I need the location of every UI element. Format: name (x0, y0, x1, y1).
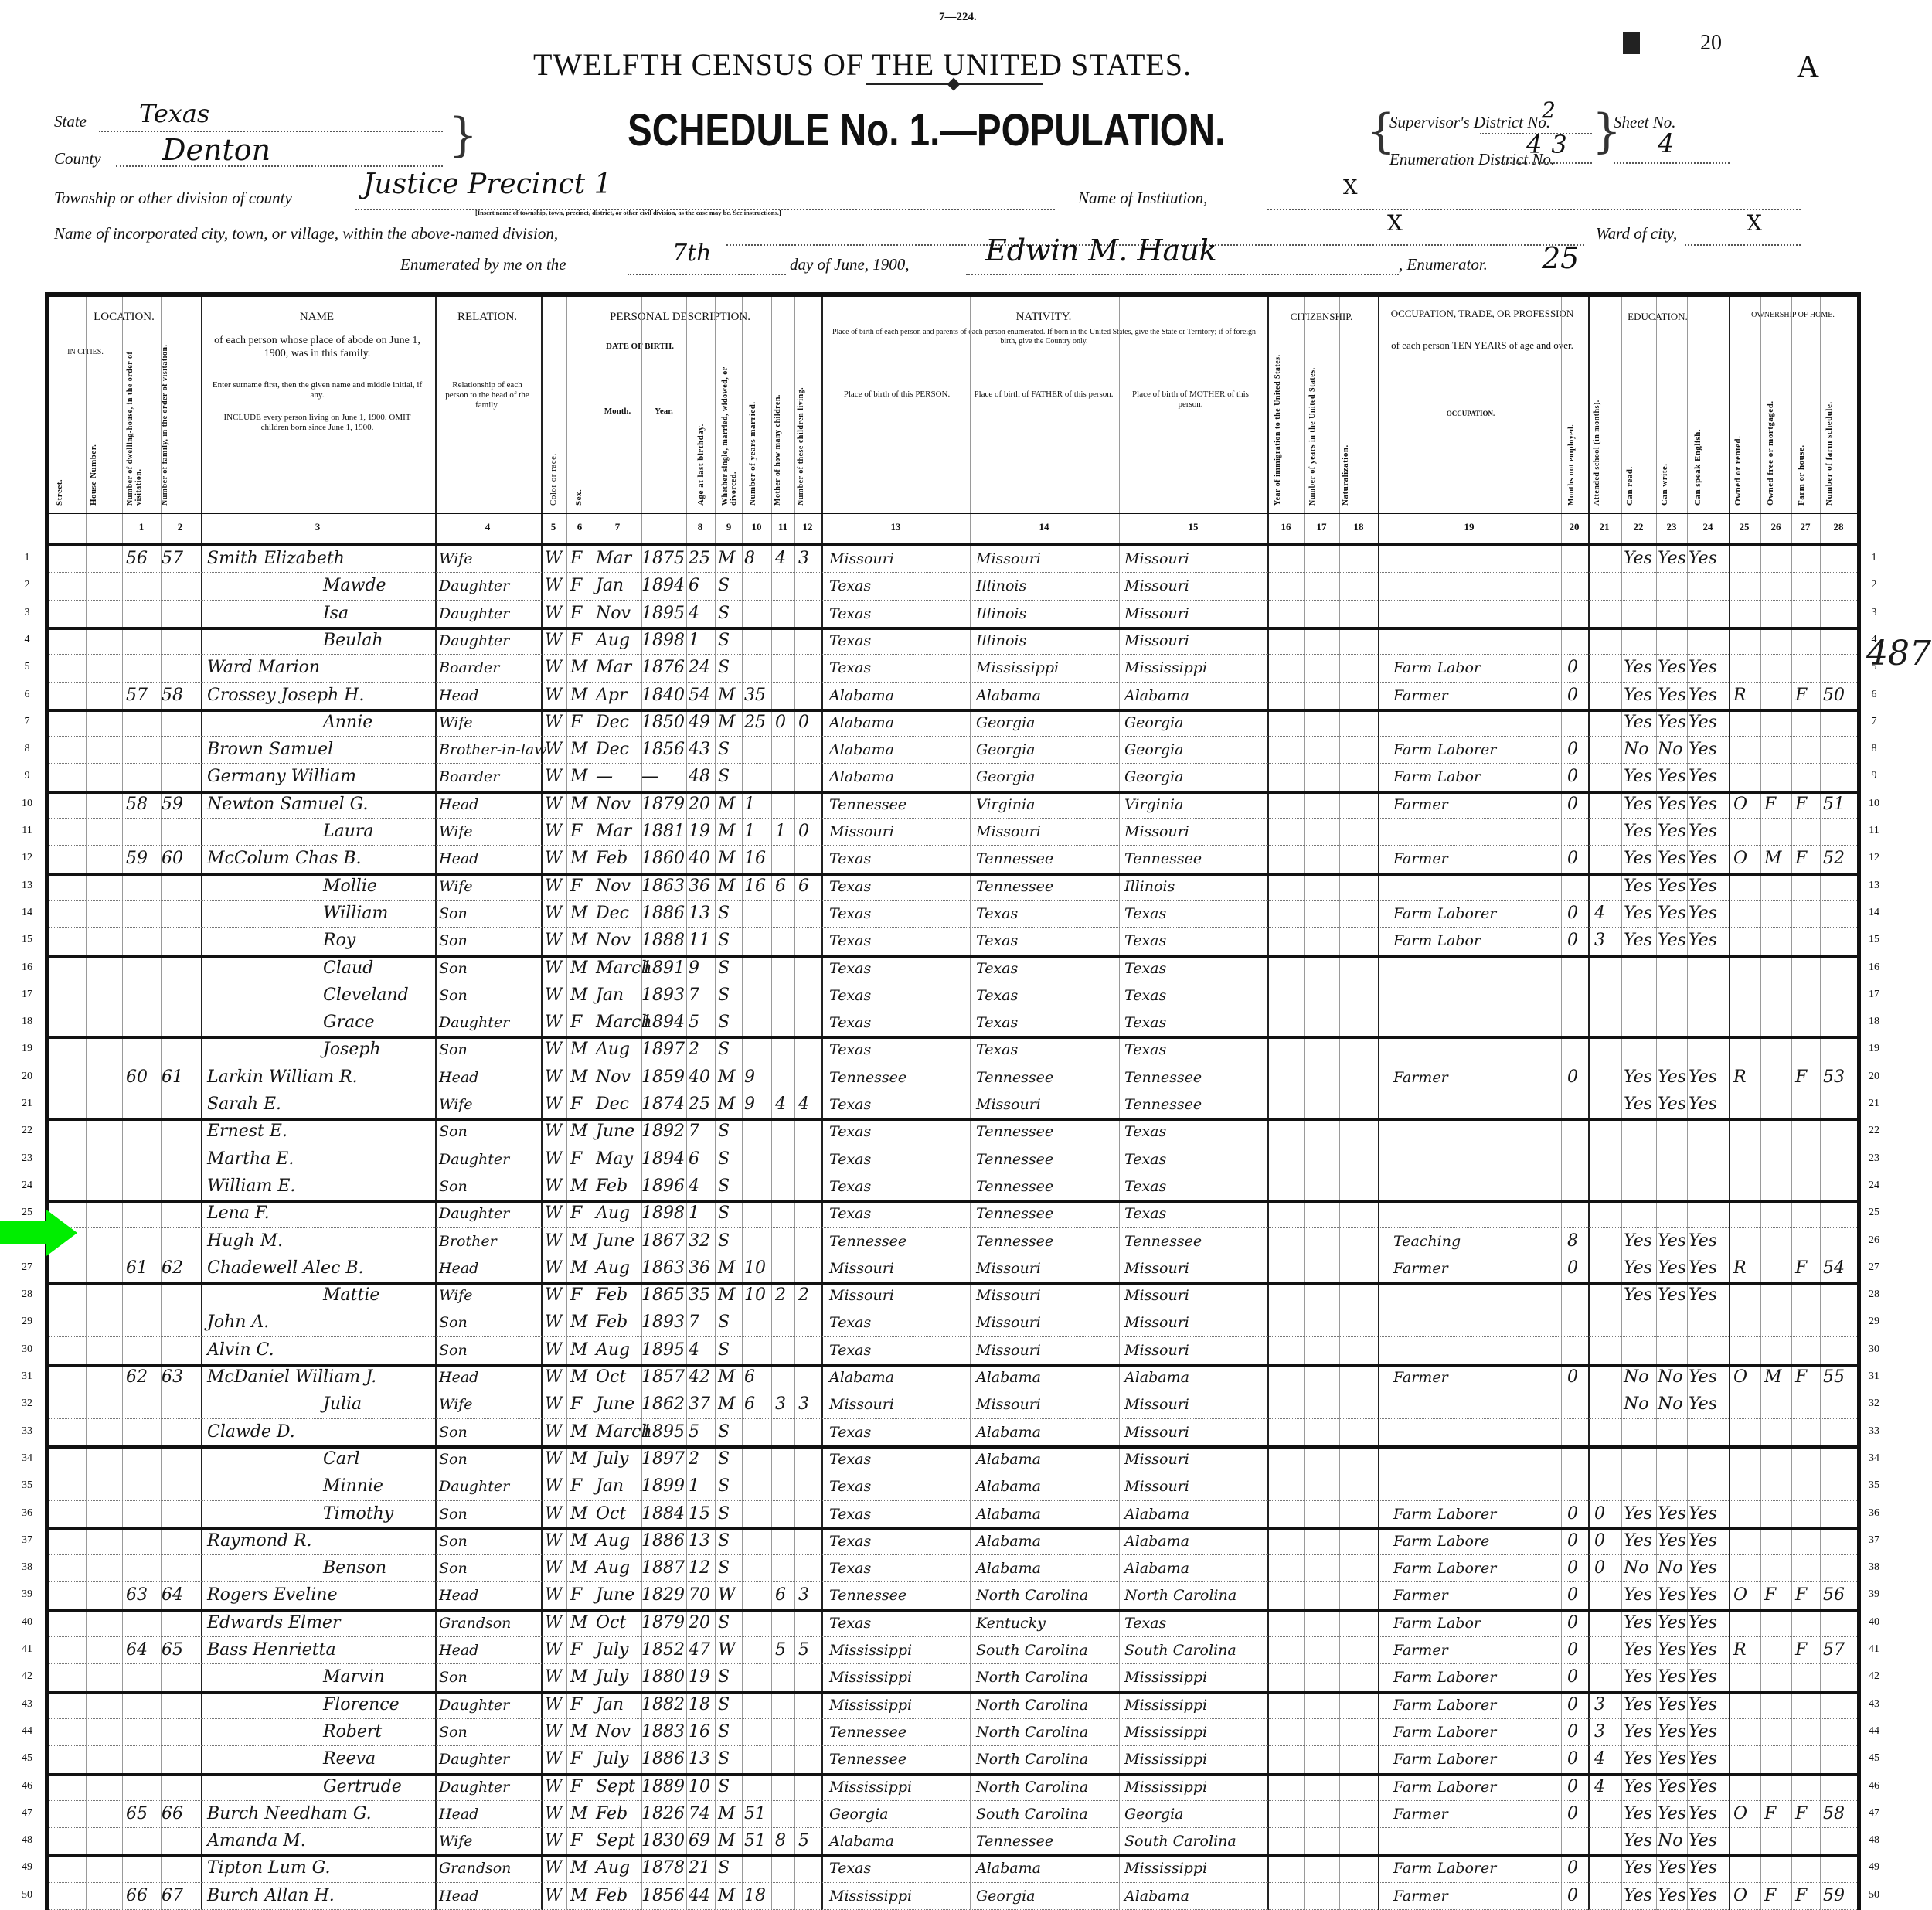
marital-status: S (718, 902, 730, 925)
dwelling-number: 64 (126, 1639, 148, 1662)
relation: Son (439, 1530, 468, 1553)
line-number: 41 (1862, 1643, 1886, 1656)
line-number: 21 (15, 1098, 39, 1110)
color: W (545, 1339, 563, 1362)
color: W (545, 820, 563, 843)
birth-month: Oct (596, 1612, 626, 1635)
can-read: Yes (1624, 1284, 1652, 1307)
header-month: Month. (594, 407, 641, 417)
line-number: 3 (1862, 607, 1886, 619)
birthplace-father: North Carolina (976, 1584, 1088, 1607)
sex: F (570, 1639, 582, 1662)
column-number: 24 (1699, 521, 1717, 533)
marital-status: M (718, 847, 736, 870)
age: 2 (689, 1038, 699, 1061)
stamp-mark-icon (1623, 32, 1640, 54)
birth-month: Nov (596, 875, 631, 898)
birthplace: Texas (829, 847, 871, 870)
age: 18 (689, 1694, 710, 1717)
occupation: Farm Labor (1393, 929, 1481, 952)
age: 1 (689, 1475, 699, 1498)
relation: Daughter (439, 1776, 509, 1799)
line-number: 4 (15, 634, 39, 646)
occupation: Farmer (1393, 684, 1448, 707)
years-married: 35 (744, 684, 766, 707)
birth-year: 1882 (641, 1694, 685, 1717)
line-number: 27 (15, 1261, 39, 1274)
table-row: BeulahDaughterWFAug18981STexasIllinoisMi… (49, 628, 1857, 655)
owned-rented: R (1733, 1257, 1747, 1280)
person-name: McColum Chas B. (207, 847, 362, 870)
marital-status: M (718, 1830, 736, 1853)
birthplace-mother: Texas (1124, 1202, 1166, 1225)
farm-or-house: F (1795, 1584, 1807, 1607)
relation: Son (439, 984, 468, 1007)
relation: Son (439, 1421, 468, 1444)
mother-of: 2 (775, 1284, 786, 1307)
color: W (545, 1666, 563, 1689)
sex: M (570, 738, 588, 761)
months-unemployed: 0 (1567, 765, 1578, 788)
line-number: 10 (15, 798, 39, 810)
birthplace-mother: Texas (1124, 1148, 1166, 1171)
birthplace: Alabama (829, 1366, 894, 1389)
can-speak-english: Yes (1689, 1612, 1717, 1635)
table-row: John A.SonWMFeb18937STexasMissouriMissou… (49, 1309, 1857, 1336)
family-number: 64 (162, 1584, 183, 1607)
can-read: Yes (1624, 1857, 1652, 1880)
relation: Son (439, 1448, 468, 1471)
can-speak-english: Yes (1689, 1530, 1717, 1553)
birth-month: Aug (596, 629, 630, 652)
line-number: 18 (15, 1016, 39, 1028)
sex: F (570, 1475, 582, 1498)
marital-status: S (718, 984, 730, 1007)
color: W (545, 1311, 563, 1334)
relation: Son (439, 1311, 468, 1334)
marital-status: S (718, 656, 730, 679)
sex: M (570, 847, 588, 870)
years-married: 9 (744, 1093, 755, 1116)
column-number: 27 (1796, 521, 1815, 533)
can-speak-english: Yes (1689, 656, 1717, 679)
color: W (545, 1393, 563, 1416)
months-unemployed: 0 (1567, 1584, 1578, 1607)
birthplace-mother: Alabama (1124, 1884, 1189, 1908)
can-write: Yes (1658, 1093, 1686, 1116)
birthplace-mother: Georgia (1124, 738, 1184, 761)
owned-rented: O (1733, 847, 1747, 870)
header-year: Year. (641, 407, 686, 417)
line-number: 24 (15, 1180, 39, 1192)
can-read: Yes (1624, 1066, 1652, 1089)
birth-month: Oct (596, 1366, 626, 1389)
marital-status: M (718, 547, 736, 570)
state-label: State (54, 112, 87, 131)
relation: Wife (439, 1830, 473, 1853)
line-number: 23 (15, 1152, 39, 1165)
color: W (545, 1503, 563, 1526)
line-number: 25 (1862, 1207, 1886, 1219)
relation: Wife (439, 1284, 473, 1307)
column-number: 28 (1829, 521, 1848, 533)
birthplace-father: North Carolina (976, 1666, 1088, 1689)
birthplace: Alabama (829, 684, 894, 707)
relation: Head (439, 1803, 478, 1826)
age: 1 (689, 1202, 699, 1225)
birthplace: Texas (829, 984, 871, 1007)
relation: Daughter (439, 1694, 509, 1717)
can-speak-english: Yes (1689, 1884, 1717, 1908)
relation: Wife (439, 547, 473, 570)
marital-status: S (718, 629, 730, 652)
relation: Head (439, 1066, 478, 1089)
farm-schedule-number: 53 (1823, 1066, 1845, 1089)
marital-status: S (718, 1421, 730, 1444)
color: W (545, 1694, 563, 1717)
header-farm-or-house: Farm or house. (1797, 390, 1806, 506)
birthplace: Alabama (829, 765, 894, 788)
birthplace: Georgia (829, 1803, 889, 1826)
township-label: Township or other division of county (54, 189, 292, 208)
birthplace-father: Tennessee (976, 1230, 1053, 1253)
can-speak-english: Yes (1689, 711, 1717, 734)
birth-month: June (596, 1230, 634, 1253)
table-row: 6465Bass HenriettaHeadWFJuly185247W55Mis… (49, 1637, 1857, 1664)
birthplace: Texas (829, 1093, 871, 1116)
birth-year: 1894 (641, 1011, 685, 1034)
birthplace-mother: Alabama (1124, 1557, 1189, 1580)
marital-status: S (718, 1721, 730, 1744)
birthplace-mother: Tennessee (1124, 1230, 1202, 1253)
birthplace: Texas (829, 1038, 871, 1061)
birth-month: Mar (596, 656, 631, 679)
months-unemployed: 0 (1567, 1366, 1578, 1389)
family-number: 61 (162, 1066, 183, 1089)
line-number: 19 (1862, 1043, 1886, 1055)
can-speak-english: Yes (1689, 1694, 1717, 1717)
line-number: 15 (1862, 934, 1886, 946)
color: W (545, 875, 563, 898)
can-speak-english: Yes (1689, 1666, 1717, 1689)
occupation: Farm Laborer (1393, 1776, 1496, 1799)
header-date-of-birth: DATE OF BIRTH. (594, 342, 686, 352)
column-number: 2 (171, 521, 189, 533)
marital-status: S (718, 602, 730, 625)
can-speak-english: Yes (1689, 1066, 1717, 1089)
header-name-instr-2: INCLUDE every person living on June 1, 1… (211, 413, 423, 433)
sex: F (570, 820, 582, 843)
person-name: Sarah E. (207, 1093, 281, 1116)
header-name-desc: of each person whose place of abode on J… (211, 334, 423, 360)
years-married: 9 (744, 1066, 755, 1089)
birthplace: Tennessee (829, 1584, 906, 1607)
birthplace: Tennessee (829, 1748, 906, 1771)
color: W (545, 1612, 563, 1635)
can-read: Yes (1624, 1694, 1652, 1717)
occupation: Farm Laborer (1393, 1557, 1496, 1580)
can-speak-english: Yes (1689, 684, 1717, 707)
can-speak-english: Yes (1689, 1639, 1717, 1662)
birthplace-father: North Carolina (976, 1721, 1088, 1744)
age: 20 (689, 793, 710, 816)
mother-of: 3 (775, 1393, 786, 1416)
marital-status: M (718, 793, 736, 816)
sex: M (570, 1366, 588, 1389)
line-number: 43 (1862, 1698, 1886, 1711)
person-name: Laura (323, 820, 374, 843)
can-write: No (1658, 1366, 1683, 1389)
birth-year: 1899 (641, 1475, 685, 1498)
occupation: Farmer (1393, 1366, 1448, 1389)
person-name: Marvin (323, 1666, 385, 1689)
age: 19 (689, 820, 710, 843)
age: 19 (689, 1666, 710, 1689)
birthplace-mother: Tennessee (1124, 1066, 1202, 1089)
years-married: 51 (744, 1830, 766, 1853)
birthplace-father: South Carolina (976, 1639, 1088, 1662)
color: W (545, 1748, 563, 1771)
enumerated-prefix: Enumerated by me on the (400, 255, 566, 274)
can-write: Yes (1658, 1721, 1686, 1744)
can-read: Yes (1624, 1530, 1652, 1553)
birthplace: Texas (829, 1148, 871, 1171)
column-number: 19 (1460, 521, 1478, 533)
birth-year: 1830 (641, 1830, 685, 1853)
months-unemployed: 0 (1567, 1748, 1578, 1771)
birthplace: Texas (829, 1311, 871, 1334)
line-number: 29 (1862, 1316, 1886, 1328)
age: 6 (689, 1148, 699, 1171)
mother-of: 8 (775, 1830, 786, 1853)
occupation: Farmer (1393, 1639, 1448, 1662)
line-number: 38 (1862, 1561, 1886, 1574)
can-read: No (1624, 1366, 1649, 1389)
can-read: No (1624, 1557, 1649, 1580)
can-read: Yes (1624, 875, 1652, 898)
birthplace-father: Virginia (976, 793, 1035, 816)
birth-month: May (596, 1148, 633, 1171)
color: W (545, 1557, 563, 1580)
birth-year: 1883 (641, 1721, 685, 1744)
township-instruction: [Insert name of township, town, precinct… (475, 209, 781, 216)
age: 12 (689, 1557, 710, 1580)
person-name: Mattie (323, 1284, 379, 1307)
line-number: 48 (1862, 1834, 1886, 1847)
birthplace-mother: Texas (1124, 1011, 1166, 1034)
ward-label: Ward of city, (1596, 224, 1677, 243)
farm-schedule-number: 59 (1823, 1884, 1845, 1908)
months-unemployed: 8 (1567, 1230, 1578, 1253)
farm-or-house: F (1795, 1803, 1807, 1826)
free-mortgaged: M (1764, 1366, 1782, 1389)
line-number: 45 (1862, 1752, 1886, 1765)
line-number: 31 (15, 1370, 39, 1383)
marital-status: M (718, 1093, 736, 1116)
line-number: 11 (15, 825, 39, 837)
color: W (545, 629, 563, 652)
color: W (545, 547, 563, 570)
header-relation: RELATION. (435, 311, 539, 324)
header-months-not-employed: Months not employed. (1567, 366, 1576, 506)
table-row: 6061Larkin William R.HeadWMNov185940M9Te… (49, 1064, 1857, 1091)
can-read: Yes (1624, 1093, 1652, 1116)
birth-month: Feb (596, 1175, 628, 1198)
can-read: Yes (1624, 656, 1652, 679)
sex: F (570, 602, 582, 625)
marital-status: S (718, 1311, 730, 1334)
sex: M (570, 1066, 588, 1089)
birth-month: Feb (596, 847, 628, 870)
line-number: 12 (1862, 852, 1886, 864)
can-write: No (1658, 1393, 1683, 1416)
occupation: Farm Laborer (1393, 1666, 1496, 1689)
title-ornament-divider (866, 83, 1043, 85)
sex: M (570, 1803, 588, 1826)
line-number: 13 (15, 880, 39, 892)
can-speak-english: Yes (1689, 738, 1717, 761)
birth-month: Nov (596, 929, 631, 952)
can-speak-english: Yes (1689, 1830, 1717, 1853)
mother-of: 6 (775, 1584, 786, 1607)
header-personal-description: PERSONAL DESCRIPTION. (541, 311, 819, 324)
header-owned-rented: Owned or rented. (1733, 374, 1743, 506)
birth-year: 1878 (641, 1857, 685, 1880)
color: W (545, 1120, 563, 1143)
can-speak-english: Yes (1689, 547, 1717, 570)
school-months: 3 (1594, 1721, 1605, 1744)
age: 36 (689, 1257, 710, 1280)
birthplace-mother: North Carolina (1124, 1584, 1236, 1607)
line-number: 33 (1862, 1425, 1886, 1438)
birth-year: 1863 (641, 875, 685, 898)
occupation: Farm Laborer (1393, 1748, 1496, 1771)
can-speak-english: Yes (1689, 1803, 1717, 1826)
mother-of: 0 (775, 711, 786, 734)
person-name: Alvin C. (207, 1339, 274, 1362)
school-months: 4 (1594, 902, 1605, 925)
color: W (545, 711, 563, 734)
age: 43 (689, 738, 710, 761)
birthplace-father: Tennessee (976, 1148, 1053, 1171)
line-number: 17 (1862, 989, 1886, 1001)
marital-status: S (718, 1475, 730, 1498)
can-read: Yes (1624, 1503, 1652, 1526)
relation: Head (439, 1366, 478, 1389)
population-table: LOCATION. IN CITIES. Street. House Numbe… (45, 292, 1861, 1910)
person-name: Ernest E. (207, 1120, 287, 1143)
column-number: 11 (774, 521, 792, 533)
sex: M (570, 1421, 588, 1444)
enumerated-suffix: day of June, 1900, (790, 255, 910, 274)
sex: M (570, 1884, 588, 1908)
header-street: Street. (55, 413, 64, 506)
birth-month: July (596, 1748, 628, 1771)
birthplace-father: Missouri (976, 1311, 1041, 1334)
birthplace-mother: Virginia (1124, 793, 1183, 816)
birth-year: 1886 (641, 1748, 685, 1771)
family-number: 58 (162, 684, 183, 707)
marital-status: S (718, 1530, 730, 1553)
header-immigration-year: Year of immigration to the United States… (1274, 335, 1282, 506)
birth-year: 1875 (641, 547, 685, 570)
line-number: 38 (15, 1561, 39, 1574)
table-row: 6566Burch Needham G.HeadWMFeb182674M51Ge… (49, 1801, 1857, 1828)
birthplace: Texas (829, 629, 871, 652)
birth-month: Sept (596, 1830, 635, 1853)
birthplace-mother: Texas (1124, 929, 1166, 952)
line-number: 1 (1862, 552, 1886, 564)
marital-status: M (718, 1366, 736, 1389)
marital-status: S (718, 1120, 730, 1143)
column-number: 14 (1035, 521, 1053, 533)
marital-status: S (718, 1557, 730, 1580)
relation: Head (439, 847, 478, 870)
birth-month: June (596, 1584, 634, 1607)
table-row: Tipton Lum G.GrandsonWMAug187821STexasAl… (49, 1855, 1857, 1882)
can-speak-english: Yes (1689, 1230, 1717, 1253)
person-name: Crossey Joseph H. (207, 684, 364, 707)
birthplace-mother: Tennessee (1124, 1093, 1202, 1116)
months-unemployed: 0 (1567, 847, 1578, 870)
farm-or-house: F (1795, 1257, 1807, 1280)
line-number: 16 (1862, 962, 1886, 974)
person-name: Hugh M. (207, 1230, 283, 1253)
birthplace: Texas (829, 1120, 871, 1143)
birthplace-mother: Alabama (1124, 1366, 1189, 1389)
township-value: Justice Precinct 1 (363, 169, 612, 200)
birthplace: Missouri (829, 1257, 894, 1280)
occupation: Farmer (1393, 1884, 1448, 1908)
marital-status: W (718, 1639, 736, 1662)
can-read: Yes (1624, 711, 1652, 734)
can-write: Yes (1658, 765, 1686, 788)
marital-status: S (718, 1011, 730, 1034)
birthplace-father: Illinois (976, 574, 1026, 598)
line-number: 28 (1862, 1289, 1886, 1301)
birthplace-mother: Missouri (1124, 1339, 1189, 1362)
line-number: 34 (15, 1452, 39, 1465)
person-name: Gertrude (323, 1776, 402, 1799)
birthplace: Missouri (829, 1393, 894, 1416)
marital-status: S (718, 1776, 730, 1799)
line-number: 7 (15, 716, 39, 728)
sex: M (570, 1120, 588, 1143)
farm-schedule-number: 56 (1823, 1584, 1845, 1607)
person-name: Roy (323, 929, 355, 952)
dwelling-number: 62 (126, 1366, 148, 1389)
birth-month: Sept (596, 1776, 635, 1799)
relation: Daughter (439, 1202, 509, 1225)
birth-year: 1896 (641, 1175, 685, 1198)
line-number: 40 (15, 1616, 39, 1629)
can-read: Yes (1624, 684, 1652, 707)
age: 36 (689, 875, 710, 898)
birth-month: Jan (596, 574, 624, 598)
birth-year: 1894 (641, 574, 685, 598)
city-value: X (1387, 210, 1403, 236)
color: W (545, 957, 563, 980)
birth-year: 1863 (641, 1257, 685, 1280)
relation: Son (439, 1557, 468, 1580)
header-relation-desc: Relationship of each person to the head … (443, 380, 532, 410)
birthplace-father: Texas (976, 902, 1018, 925)
months-unemployed: 0 (1567, 1503, 1578, 1526)
children-living: 5 (798, 1830, 809, 1853)
header-sex: Sex. (574, 459, 583, 506)
sex: F (570, 875, 582, 898)
column-number: 22 (1629, 521, 1648, 533)
